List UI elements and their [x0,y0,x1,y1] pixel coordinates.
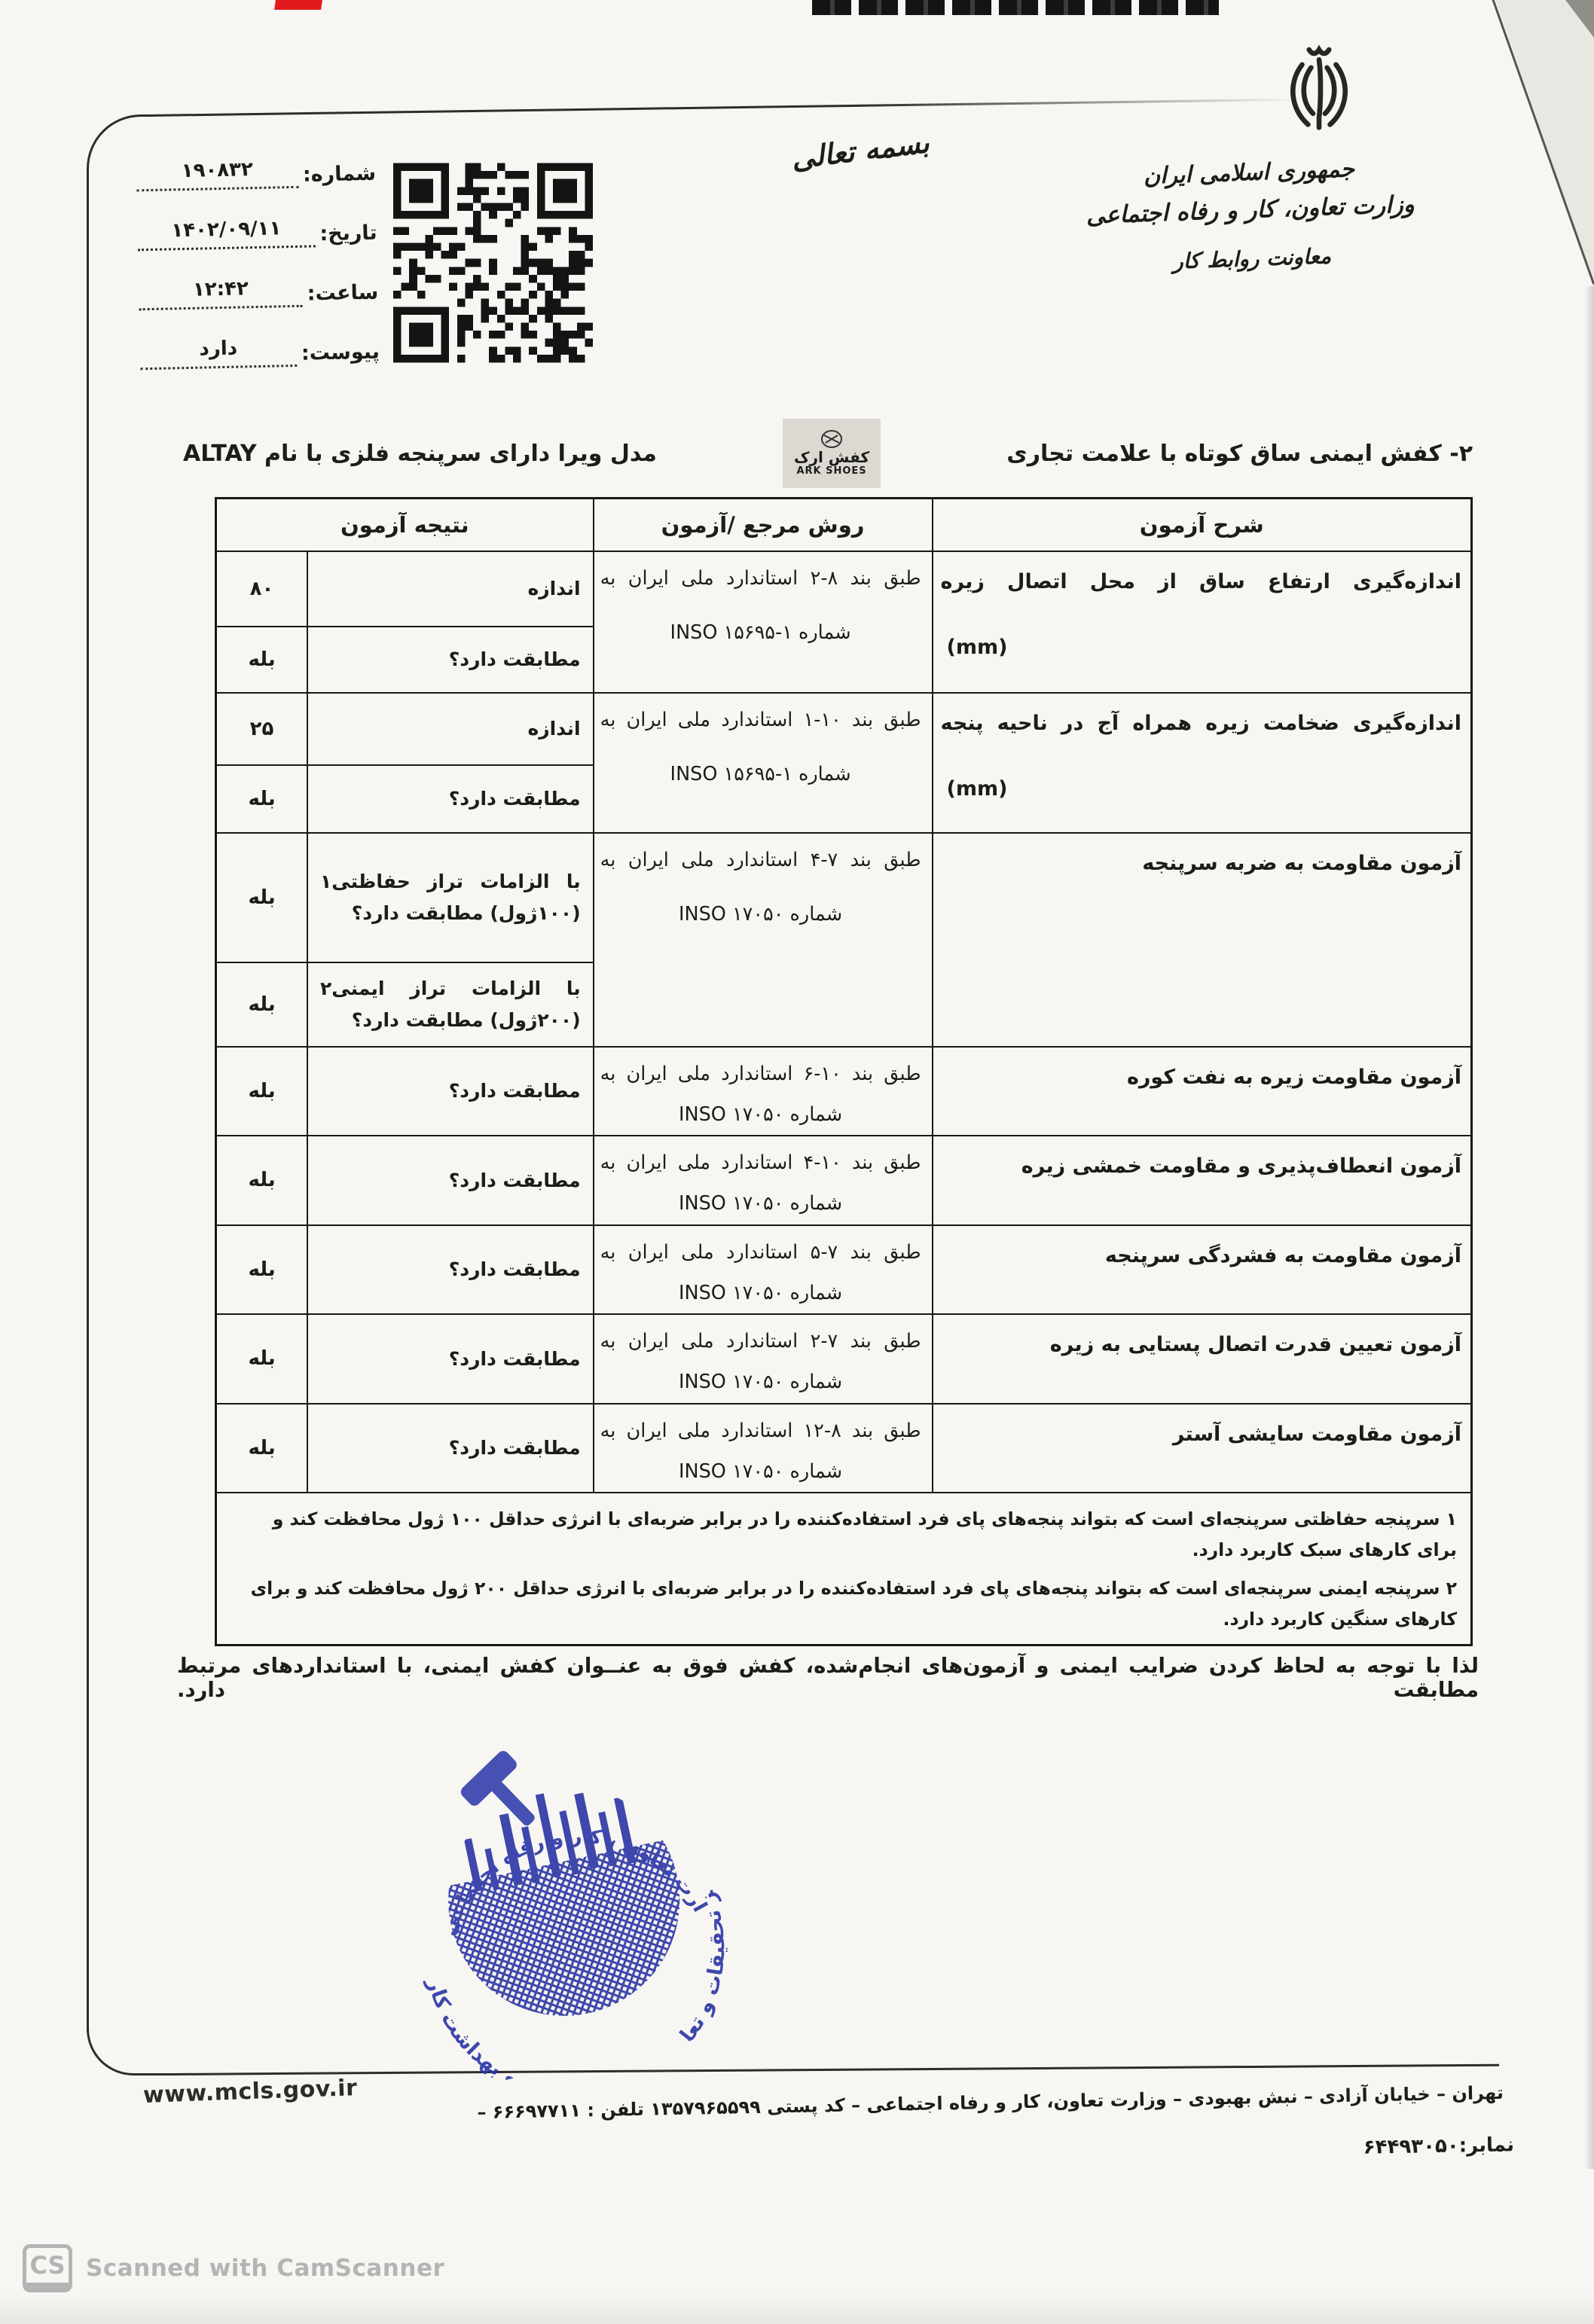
result-label-cell: مطابقت دارد؟ [307,1136,594,1225]
table-row: آزمون مقاومت به ضربه سرپنجه طبق بند ۷-۴ … [216,833,1472,962]
footnotes-cell: ۱ سرپنجه حفاظتی سرپنجه‌ای است که بتواند … [216,1493,1472,1645]
frame-top-border [148,99,1300,117]
dotted-line: ۱۹۰۸۳۲ [136,129,299,191]
cropped-header-text [812,0,1219,15]
result-value-cell: بله [216,833,308,962]
footnote-1: ۱ سرپنجه حفاظتی سرپنجه‌ای است که بتواند … [227,1504,1457,1566]
result-value-cell: بله [216,1047,308,1136]
header-test-result: نتیجه آزمون [216,499,594,551]
dotted-line: ۱۲:۴۲ [138,248,303,311]
method-cell: طبق بند ۱۰-۶ استاندارد ملی ایران به شمار… [594,1047,933,1136]
test-desc-cell: آزمون تعیین قدرت اتصال پستایی به زیره [933,1314,1472,1404]
title-right-segment: ۲- کفش ایمنی ساق کوتاه با علامت تجاری [1006,441,1473,467]
document-meta-block: شماره: ۱۹۰۸۳۲ تاریخ: ۱۴۰۲/۰۹/۱۱ ساعت: ۱۲… [136,127,380,371]
document-title: ۲- کفش ایمنی ساق کوتاه با علامت تجاری کف… [183,419,1473,488]
frame-bottom-border [172,2064,1499,2075]
time-value: ۱۲:۴۲ [139,276,303,303]
meta-field-date: تاریخ: ۱۴۰۲/۰۹/۱۱ [136,187,377,252]
test-desc-cell: اندازه‌گیری ارتفاع ساق از محل اتصال زیره… [933,551,1472,693]
number-value: ۱۹۰۸۳۲ [136,157,299,183]
ark-logo-fa-text: کفش ارک [794,449,869,466]
time-label: ساعت: [307,281,378,307]
result-label-cell: مطابقت دارد؟ [307,1404,594,1493]
org-line-deputy: معاونت روابط کار [1052,239,1452,278]
org-line-country: جمهوری اسلامی ایران [1049,153,1449,193]
address-line: تهران – خیابان آزادی – نبش بهبودی – وزار… [315,2082,1504,2126]
method-cell: طبق بند ۷-۵ استاندارد ملی ایران به شماره… [594,1225,933,1315]
method-cell: طبق بند ۷-۲ استاندارد ملی ایران به شماره… [594,1314,933,1404]
official-stamp: مرکز تحقیقات و تعلیمات حفاظت فنی و بهداش… [337,1671,784,2100]
meta-field-attachment: پیوست: دارد [139,306,380,371]
result-value-cell: بله [216,765,308,833]
result-value-cell: بله [216,1314,308,1404]
scan-right-shadow [1585,286,1594,2169]
org-line-ministry: وزارت تعاون، کار و رفاه اجتماعی [1050,190,1450,230]
test-desc-cell: آزمون مقاومت به ضربه سرپنجه [933,833,1472,1047]
title-left-segment: مدل ویرا دارای سرپنجه فلزی با نام ALTAY [183,441,657,467]
meta-field-time: ساعت: ۱۲:۴۲ [138,246,379,311]
fax-line: نمابر:۶۴۴۹۳۰۵۰ [1272,2133,1514,2161]
result-label-cell: مطابقت دارد؟ [307,1314,594,1404]
date-value: ۱۴۰۲/۰۹/۱۱ [137,216,315,242]
header-reference-method: روش مرجع /آزمون [594,499,933,551]
table-row: اندازه‌گیری ارتفاع ساق از محل اتصال زیره… [216,551,1472,627]
website-text: www.mcls.gov.ir [142,2075,357,2109]
attachment-value: دارد [139,336,297,361]
red-ink-mark [274,0,322,10]
attachment-label: پیوست: [301,340,380,367]
dotted-line: ۱۴۰۲/۰۹/۱۱ [136,188,315,251]
letterhead-org-block: جمهوری اسلامی ایران وزارت تعاون، کار و ر… [1049,153,1452,278]
result-label-cell: با الزامات تراز ایمنی۲ (۲۰۰ژول) مطابقت د… [307,962,594,1047]
scanned-document-page: { "colors": {"ink": "#1c1c1a", "stamp_bl… [0,0,1594,2324]
result-label-cell: مطابقت دارد؟ [307,1225,594,1315]
camscanner-text: Scanned with CamScanner [86,2255,444,2282]
table-row: آزمون مقاومت زیره به نفت کوره طبق بند ۱۰… [216,1047,1472,1136]
result-label-cell: مطابقت دارد؟ [307,1047,594,1136]
footnote-2: ۲ سرپنجه ایمنی سرپنجه‌ای است که بتواند پ… [227,1573,1457,1635]
result-value-cell: بله [216,1136,308,1225]
result-label-cell: اندازه [307,693,594,765]
besmellah-calligraphy: بسمه تعالی [753,121,966,180]
meta-field-number: شماره: ۱۹۰۸۳۲ [136,127,377,192]
result-label-cell: با الزامات تراز حفاظتی۱ (۱۰۰ژول) مطابقت … [307,833,594,962]
date-label: تاریخ: [319,221,377,248]
method-cell: طبق بند ۱۰-۱ استاندارد ملی ایران به شمار… [594,693,933,833]
result-label-cell: مطابقت دارد؟ [307,765,594,833]
test-desc-cell: آزمون انعطاف‌پذیری و مقاومت خمشی زیره [933,1136,1472,1225]
ark-emblem-icon [818,429,845,449]
number-label: شماره: [303,162,377,188]
iran-emblem-icon [1279,39,1359,140]
method-cell: طبق بند ۸-۱۲ استاندارد ملی ایران به شمار… [594,1404,933,1493]
result-value-cell: ۸۰ [216,551,308,627]
table-row: آزمون مقاومت سایشی آستر طبق بند ۸-۱۲ است… [216,1404,1472,1493]
result-value-cell: بله [216,627,308,693]
method-cell: طبق بند ۸-۲ استاندارد ملی ایران به شماره… [594,551,933,693]
table-row: اندازه‌گیری ضخامت زیره همراه آج در ناحیه… [216,693,1472,765]
camscanner-watermark: CS Scanned with CamScanner [23,2244,444,2292]
result-value-cell: ۲۵ [216,693,308,765]
test-results-table: شرح آزمون روش مرجع /آزمون نتیجه آزمون ان… [215,497,1473,1646]
test-desc-cell: آزمون مقاومت زیره به نفت کوره [933,1047,1472,1136]
qr-code-icon [393,160,593,365]
table-row: آزمون انعطاف‌پذیری و مقاومت خمشی زیره طب… [216,1136,1472,1225]
method-cell: طبق بند ۷-۴ استاندارد ملی ایران به شماره… [594,833,933,1047]
frame-bottom-left-corner [87,2015,176,2075]
result-value-cell: بله [216,962,308,1047]
ark-shoes-logo: کفش ارک ARK SHOES [783,419,881,488]
table-row: آزمون تعیین قدرت اتصال پستایی به زیره طب… [216,1314,1472,1404]
header-test-description: شرح آزمون [933,499,1472,551]
result-label-cell: اندازه [307,551,594,627]
table-row: آزمون مقاومت به فشردگی سرپنجه طبق بند ۷-… [216,1225,1472,1315]
footnotes-row: ۱ سرپنجه حفاظتی سرپنجه‌ای است که بتواند … [216,1493,1472,1645]
table-header-row: شرح آزمون روش مرجع /آزمون نتیجه آزمون [216,499,1472,551]
frame-left-border [87,175,89,2031]
test-desc-cell: اندازه‌گیری ضخامت زیره همراه آج در ناحیه… [933,693,1472,833]
test-desc-cell: آزمون مقاومت سایشی آستر [933,1404,1472,1493]
test-desc-cell: آزمون مقاومت به فشردگی سرپنجه [933,1225,1472,1315]
result-value-cell: بله [216,1225,308,1315]
result-label-cell: مطابقت دارد؟ [307,627,594,693]
camscanner-logo-icon: CS [23,2244,72,2292]
result-value-cell: بله [216,1404,308,1493]
method-cell: طبق بند ۱۰-۴ استاندارد ملی ایران به شمار… [594,1136,933,1225]
ark-logo-en-text: ARK SHOES [796,466,866,477]
scan-bottom-shadow [0,2294,1594,2324]
conclusion-statement: لذا با توجه به لحاظ کردن ضرایب ایمنی و آ… [177,1654,1479,1702]
dotted-line: دارد [139,307,298,370]
